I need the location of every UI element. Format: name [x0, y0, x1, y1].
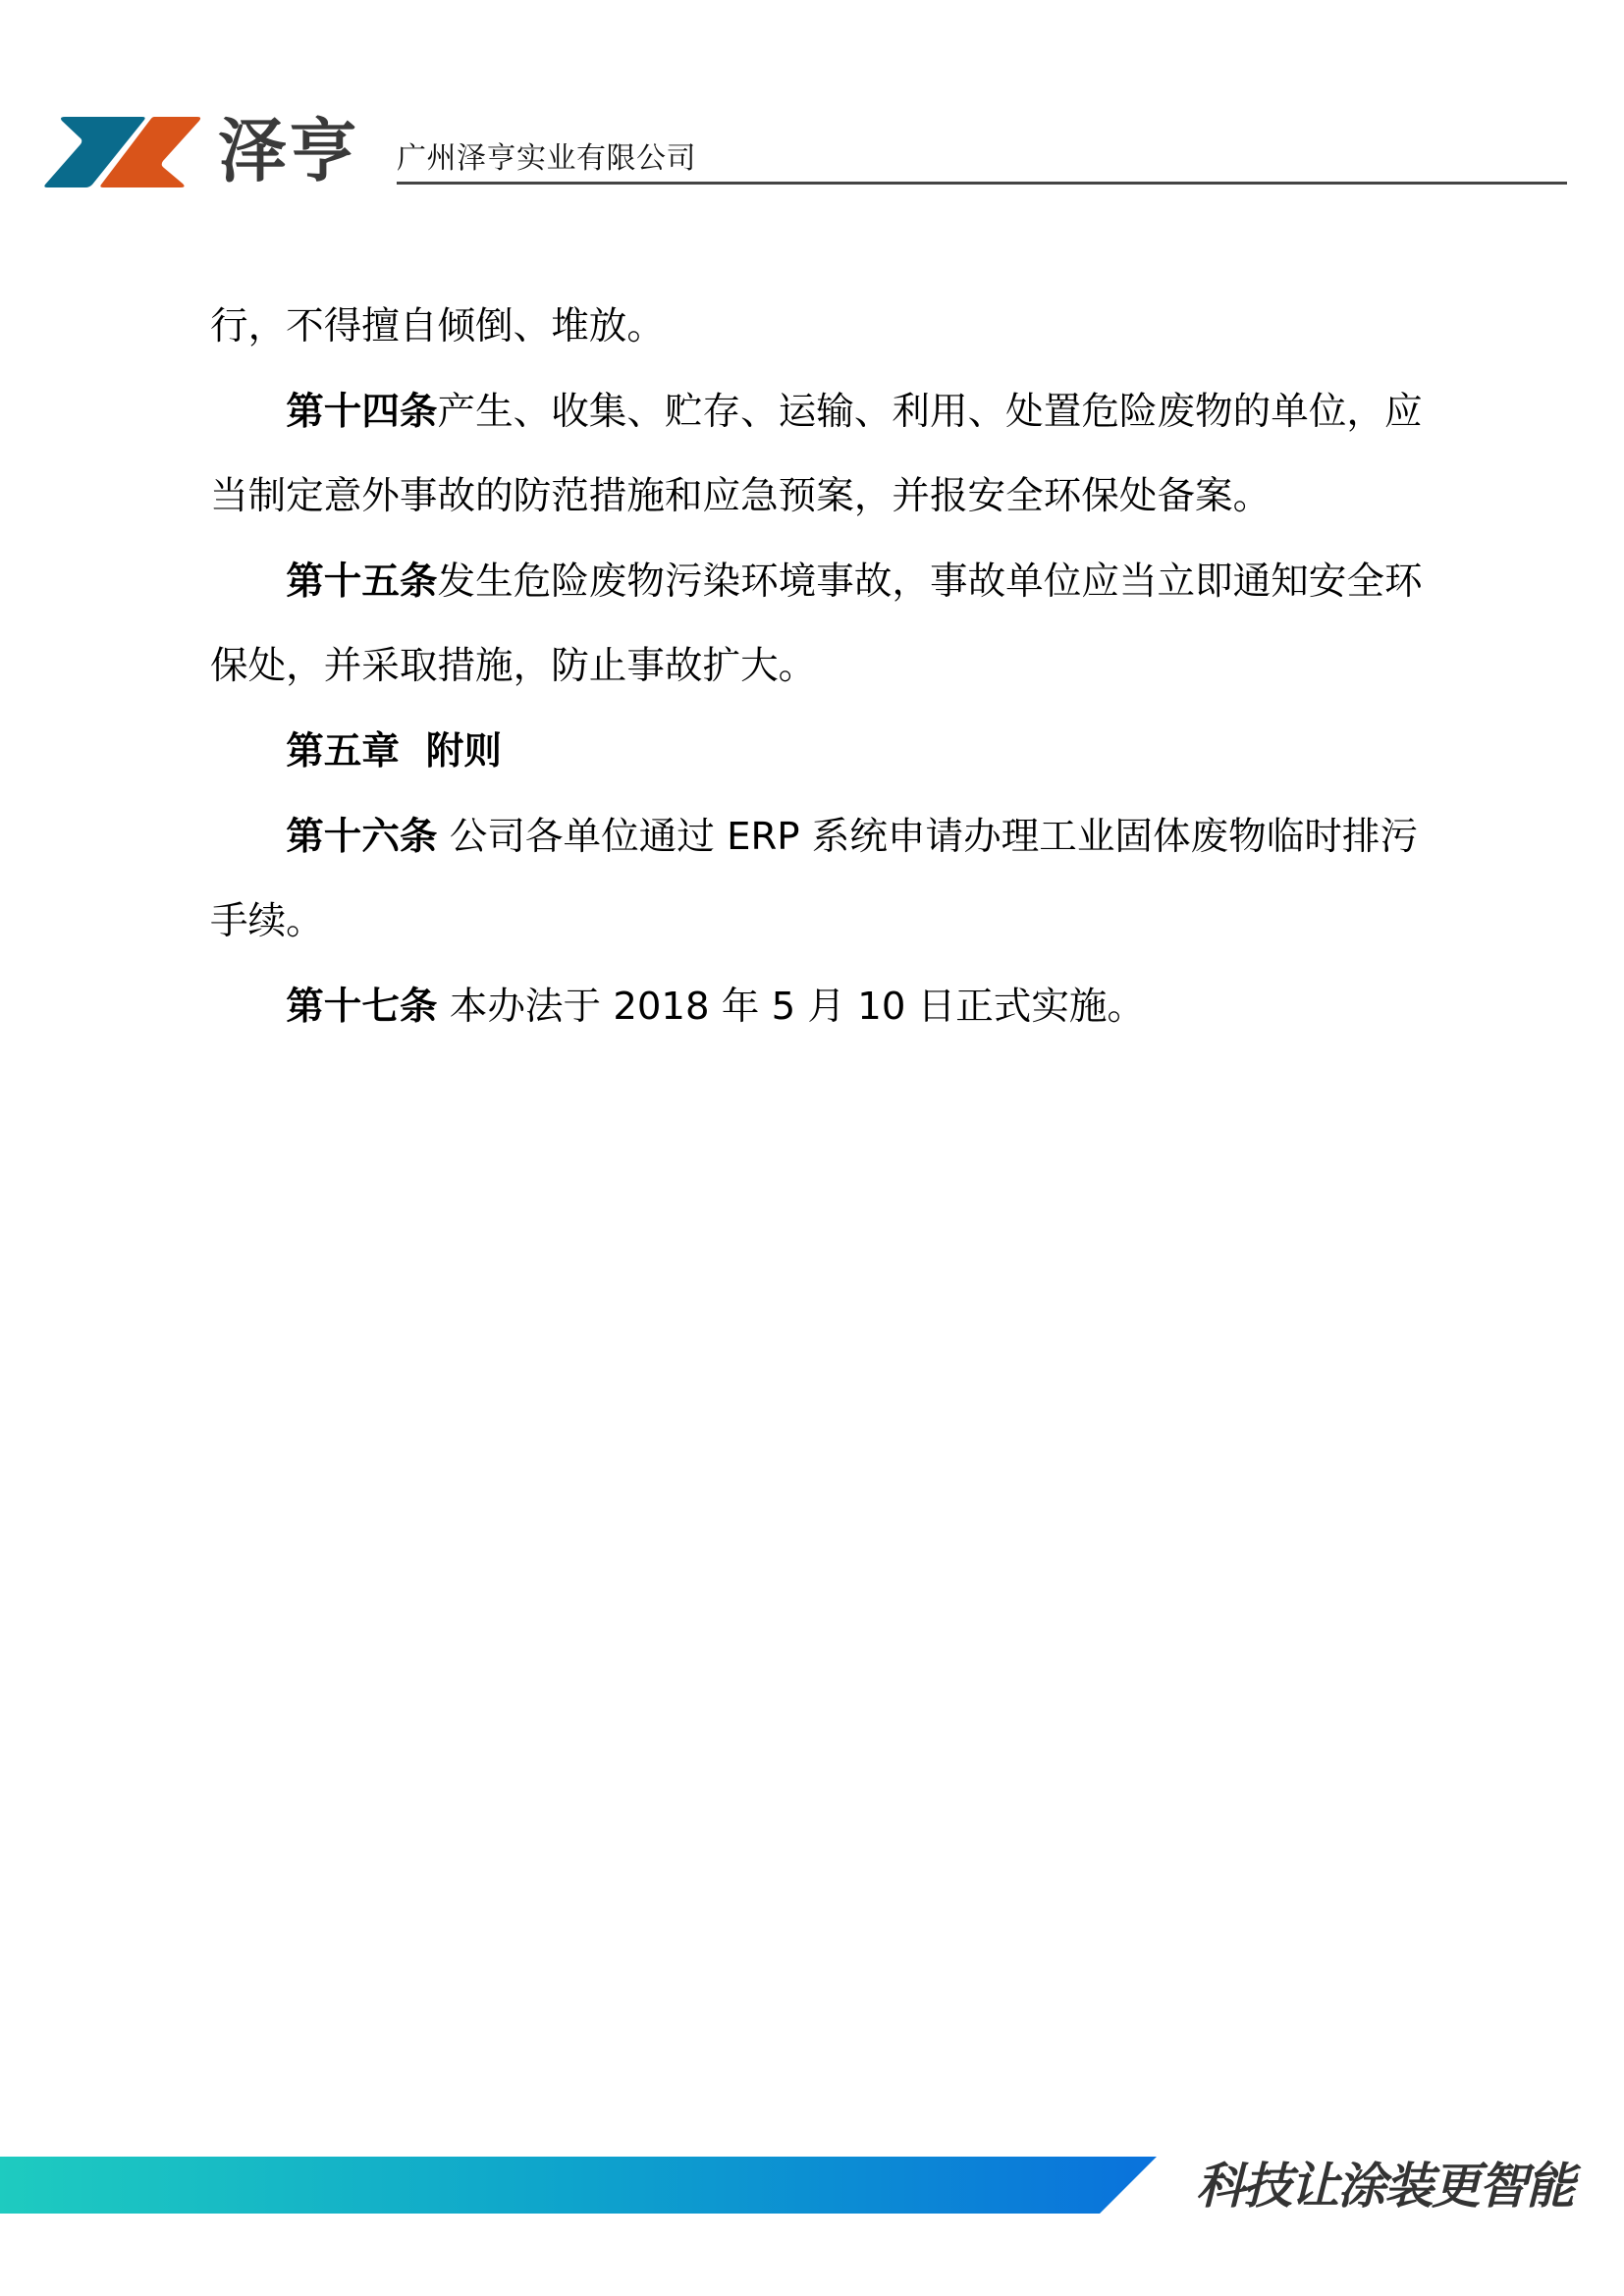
article-15: 第十五条发生危险废物污染环境事故，事故单位应当立即通知安全环保处，并采取措施，防… [210, 540, 1428, 710]
zeheng-logo-icon [43, 116, 202, 188]
footer-gradient-band [0, 2157, 1159, 2214]
paragraph-continuation: 行，不得擅自倾倒、堆放。 [210, 285, 1428, 370]
logo-wordmark: 泽亨 [218, 110, 359, 192]
article-16: 第十六条 公司各单位通过 ERP 系统申请办理工业固体废物临时排污手续。 [210, 795, 1428, 965]
footer-slogan: 科技让涂装更智能 [1196, 2152, 1573, 2220]
article-14: 第十四条产生、收集、贮存、运输、利用、处置危险废物的单位，应当制定意外事故的防范… [210, 370, 1428, 540]
page-header: 泽亨 广州泽亨实业有限公司 [0, 0, 1624, 196]
header-divider [397, 182, 1567, 185]
article-heading: 第十四条 [286, 390, 437, 434]
article-heading: 第十六条 [286, 815, 437, 859]
paragraph-text: 行，不得擅自倾倒、堆放。 [210, 304, 665, 348]
article-heading: 第十五条 [286, 560, 437, 604]
document-body: 行，不得擅自倾倒、堆放。 第十四条产生、收集、贮存、运输、利用、处置危险废物的单… [210, 285, 1428, 1049]
article-heading: 第十七条 [286, 985, 437, 1029]
company-name: 广州泽亨实业有限公司 [397, 140, 696, 178]
article-text: 本办法于 2018 年 5 月 10 日正式实施。 [438, 985, 1146, 1029]
chapter-heading: 第五章 附则 [210, 710, 1428, 795]
article-17: 第十七条 本办法于 2018 年 5 月 10 日正式实施。 [210, 965, 1428, 1050]
chapter-title: 第五章 附则 [286, 729, 502, 774]
